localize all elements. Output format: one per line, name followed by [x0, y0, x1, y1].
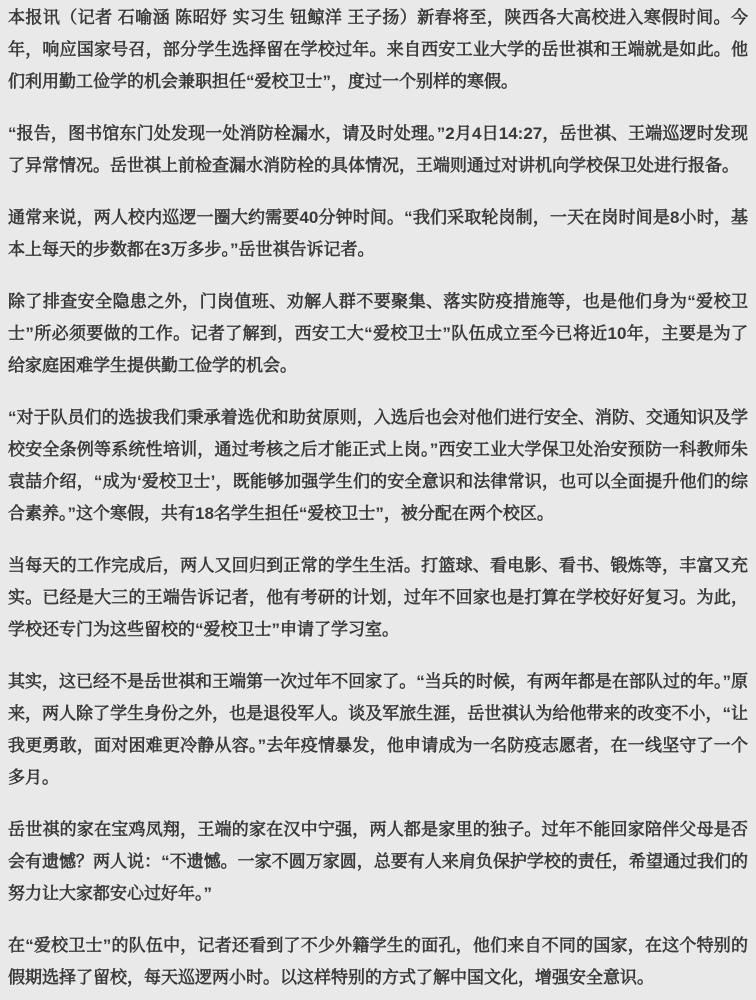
article-paragraph: “报告，图书馆东门处发现一处消防栓漏水，请及时处理。”2月4日14:27，岳世祺… [8, 118, 748, 182]
news-article: 本报讯（记者 石喻涵 陈昭妤 实习生 钮鲸洋 王子扬）新春将至，陕西各大高校进入… [0, 0, 756, 994]
article-paragraph: 除了排查安全隐患之外，门岗值班、劝解人群不要聚集、落实防疫措施等，也是他们身为“… [8, 286, 748, 382]
article-paragraph: 当每天的工作完成后，两人又回归到正常的学生生活。打篮球、看电影、看书、锻炼等，丰… [8, 550, 748, 646]
article-paragraph: 在“爱校卫士”的队伍中，记者还看到了不少外籍学生的面孔，他们来自不同的国家，在这… [8, 930, 748, 994]
article-paragraph: 岳世祺的家在宝鸡凤翔，王端的家在汉中宁强，两人都是家里的独子。过年不能回家陪伴父… [8, 814, 748, 910]
article-paragraph-lede: 本报讯（记者 石喻涵 陈昭妤 实习生 钮鲸洋 王子扬）新春将至，陕西各大高校进入… [8, 2, 748, 98]
article-paragraph: 通常来说，两人校内巡逻一圈大约需要40分钟时间。“我们采取轮岗制，一天在岗时间是… [8, 202, 748, 266]
article-paragraph: “对于队员们的选拔我们秉承着选优和助贫原则，入选后也会对他们进行安全、消防、交通… [8, 402, 748, 530]
article-paragraph: 其实，这已经不是岳世祺和王端第一次过年不回家了。“当兵的时候，有两年都是在部队过… [8, 666, 748, 794]
